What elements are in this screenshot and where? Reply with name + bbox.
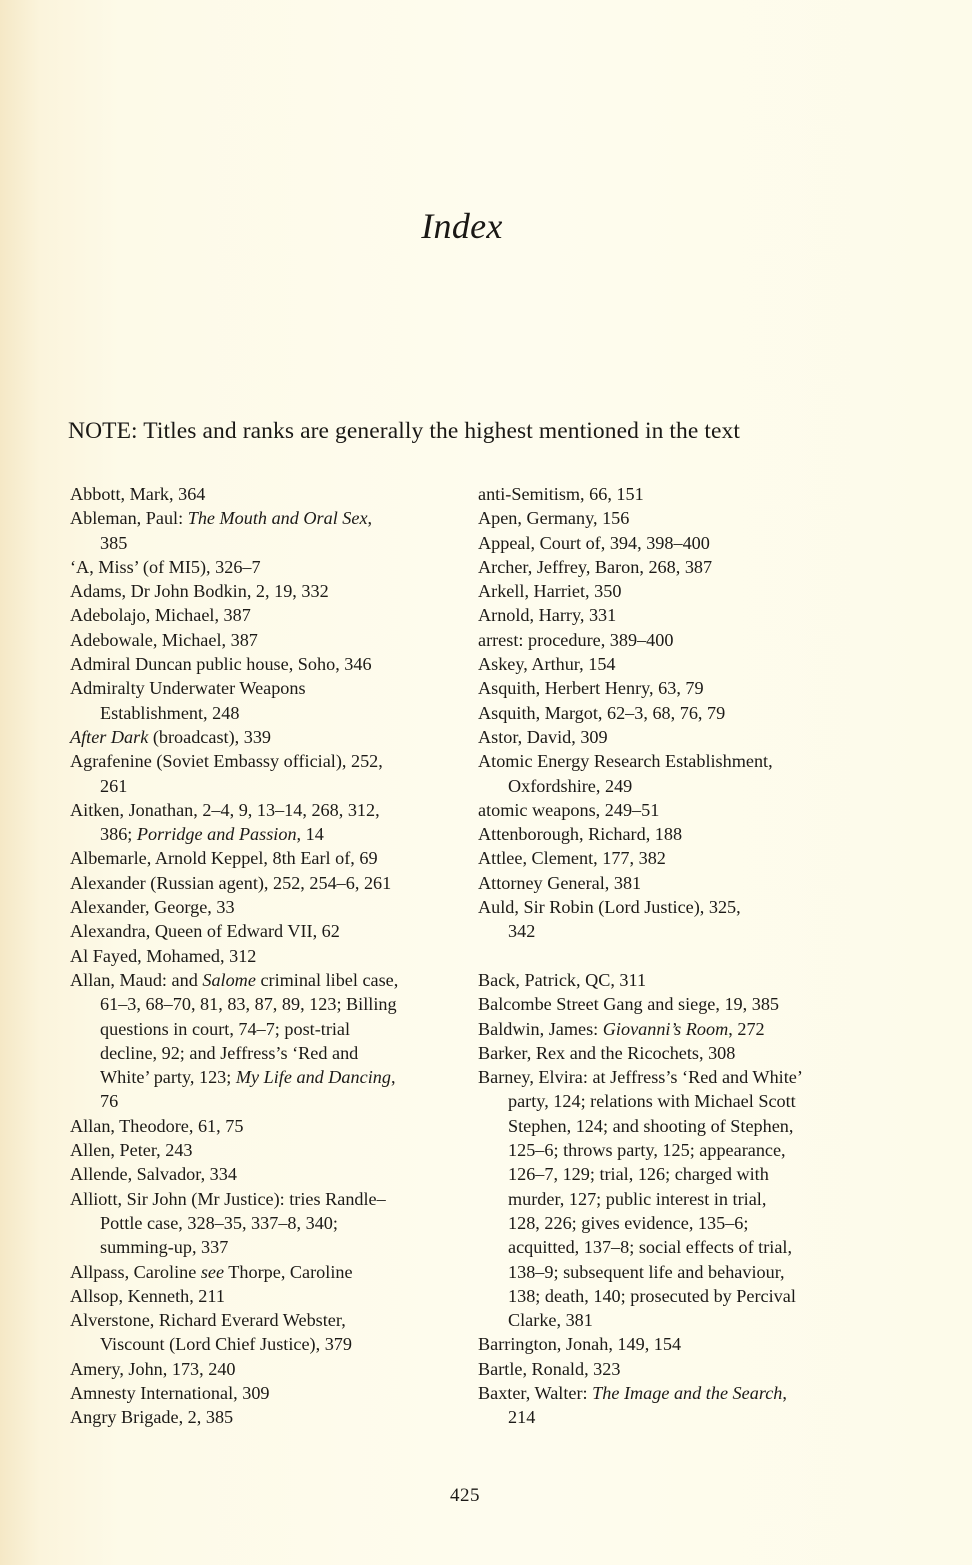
index-entry-continuation: 138; death, 140; prosecuted by Percival	[478, 1284, 868, 1308]
index-entry: Ableman, Paul: The Mouth and Oral Sex,38…	[70, 506, 450, 555]
index-column-right: anti-Semitism, 66, 151Apen, Germany, 156…	[478, 482, 868, 1430]
index-entry-line: After Dark (broadcast), 339	[70, 725, 450, 749]
index-entry-line: Allsop, Kenneth, 211	[70, 1284, 450, 1308]
index-entry-line: Amnesty International, 309	[70, 1381, 450, 1405]
index-entry-line: Astor, David, 309	[478, 725, 868, 749]
index-entry-line: Attlee, Clement, 177, 382	[478, 846, 868, 870]
index-title-italic: My Life and Dancing	[236, 1067, 391, 1087]
index-entry: Balcombe Street Gang and siege, 19, 385	[478, 992, 868, 1016]
index-entry-line: Attenborough, Richard, 188	[478, 822, 868, 846]
index-text: Auld, Sir Robin (Lord Justice), 325,	[478, 897, 741, 917]
index-text: 261	[100, 776, 127, 796]
index-text: Adebowale, Michael, 387	[70, 630, 258, 650]
index-entry-line: Bartle, Ronald, 323	[478, 1357, 868, 1381]
index-text: Adams, Dr John Bodkin, 2, 19, 332	[70, 581, 329, 601]
index-entry-continuation: Establishment, 248	[70, 701, 450, 725]
index-entry-continuation: Stephen, 124; and shooting of Stephen,	[478, 1114, 868, 1138]
index-text: (broadcast), 339	[148, 727, 271, 747]
index-entry-line: Allan, Maud: and Salome criminal libel c…	[70, 968, 450, 992]
index-text: Bartle, Ronald, 323	[478, 1359, 620, 1379]
index-title-italic: After Dark	[70, 727, 148, 747]
index-entry-continuation: 261	[70, 774, 450, 798]
index-entry-continuation: 138–9; subsequent life and behaviour,	[478, 1260, 868, 1284]
index-text: summing-up, 337	[100, 1237, 228, 1257]
index-entry: Admiralty Underwater WeaponsEstablishmen…	[70, 676, 450, 725]
index-column-left: Abbott, Mark, 364Ableman, Paul: The Mout…	[70, 482, 450, 1430]
index-entry-line: Auld, Sir Robin (Lord Justice), 325,	[478, 895, 868, 919]
index-entry-line: Alliott, Sir John (Mr Justice): tries Ra…	[70, 1187, 450, 1211]
index-text: Barrington, Jonah, 149, 154	[478, 1334, 681, 1354]
index-text: 386;	[100, 824, 137, 844]
index-entry-line: Al Fayed, Mohamed, 312	[70, 944, 450, 968]
index-entry: After Dark (broadcast), 339	[70, 725, 450, 749]
index-entry: atomic weapons, 249–51	[478, 798, 868, 822]
index-entry: Astor, David, 309	[478, 725, 868, 749]
index-entry-line: Adebowale, Michael, 387	[70, 628, 450, 652]
index-entry: Angry Brigade, 2, 385	[70, 1405, 450, 1429]
index-entry: Baxter, Walter: The Image and the Search…	[478, 1381, 868, 1430]
index-text: Apen, Germany, 156	[478, 508, 629, 528]
index-entry-line: Archer, Jeffrey, Baron, 268, 387	[478, 555, 868, 579]
index-entry: Adebowale, Michael, 387	[70, 628, 450, 652]
index-text: 128, 226; gives evidence, 135–6;	[508, 1213, 748, 1233]
index-entry-line: Asquith, Margot, 62–3, 68, 76, 79	[478, 701, 868, 725]
index-entry-line: Barney, Elvira: at Jeffress’s ‘Red and W…	[478, 1065, 868, 1089]
index-entry-continuation: 385	[70, 531, 450, 555]
index-text: atomic weapons, 249–51	[478, 800, 659, 820]
index-entry: Allsop, Kenneth, 211	[70, 1284, 450, 1308]
index-entry: Attorney General, 381	[478, 871, 868, 895]
index-text: Allende, Salvador, 334	[70, 1164, 237, 1184]
index-text: Attenborough, Richard, 188	[478, 824, 682, 844]
index-entry: Amnesty International, 309	[70, 1381, 450, 1405]
index-text: Admiral Duncan public house, Soho, 346	[70, 654, 372, 674]
index-text: Baldwin, James:	[478, 1019, 603, 1039]
index-text: Allan, Theodore, 61, 75	[70, 1116, 243, 1136]
index-text: decline, 92; and Jeffress’s ‘Red and	[100, 1043, 358, 1063]
index-entry: Atomic Energy Research Establishment,Oxf…	[478, 749, 868, 798]
index-title-italic: Giovanni’s Room	[603, 1019, 728, 1039]
index-entry-line: Alverstone, Richard Everard Webster,	[70, 1308, 450, 1332]
index-entry-continuation: 61–3, 68–70, 81, 83, 87, 89, 123; Billin…	[70, 992, 450, 1016]
index-text: Pottle case, 328–35, 337–8, 340;	[100, 1213, 338, 1233]
index-entry-continuation: Viscount (Lord Chief Justice), 379	[70, 1332, 450, 1356]
index-text: 138–9; subsequent life and behaviour,	[508, 1262, 785, 1282]
index-entry: Allpass, Caroline see Thorpe, Caroline	[70, 1260, 450, 1284]
index-entry-line: Aitken, Jonathan, 2–4, 9, 13–14, 268, 31…	[70, 798, 450, 822]
index-entry-continuation: party, 124; relations with Michael Scott	[478, 1089, 868, 1113]
page-number: 425	[0, 1485, 930, 1507]
index-entry: Amery, John, 173, 240	[70, 1357, 450, 1381]
index-entry-line: Admiralty Underwater Weapons	[70, 676, 450, 700]
index-entry: Adams, Dr John Bodkin, 2, 19, 332	[70, 579, 450, 603]
index-text: 76	[100, 1091, 118, 1111]
index-entry-continuation: Clarke, 381	[478, 1308, 868, 1332]
index-text: Alverstone, Richard Everard Webster,	[70, 1310, 346, 1330]
index-title-italic: The Mouth and Oral Sex	[188, 508, 368, 528]
index-text: Viscount (Lord Chief Justice), 379	[100, 1334, 352, 1354]
index-text: Askey, Arthur, 154	[478, 654, 616, 674]
index-text: Barker, Rex and the Ricochets, 308	[478, 1043, 735, 1063]
index-entry-line: Albemarle, Arnold Keppel, 8th Earl of, 6…	[70, 846, 450, 870]
index-entry: Alliott, Sir John (Mr Justice): tries Ra…	[70, 1187, 450, 1260]
index-entry: Admiral Duncan public house, Soho, 346	[70, 652, 450, 676]
index-entry-continuation: 128, 226; gives evidence, 135–6;	[478, 1211, 868, 1235]
index-entry-line: Asquith, Herbert Henry, 63, 79	[478, 676, 868, 700]
index-entry-line: Agrafenine (Soviet Embassy official), 25…	[70, 749, 450, 773]
index-text: Balcombe Street Gang and siege, 19, 385	[478, 994, 779, 1014]
index-text: Alliott, Sir John (Mr Justice): tries Ra…	[70, 1189, 386, 1209]
index-title-italic: see	[201, 1262, 224, 1282]
index-entry-continuation: questions in court, 74–7; post-trial	[70, 1017, 450, 1041]
index-text: Adebolajo, Michael, 387	[70, 605, 251, 625]
index-text: Back, Patrick, QC, 311	[478, 970, 646, 990]
index-text: questions in court, 74–7; post-trial	[100, 1019, 350, 1039]
index-text: Allan, Maud: and	[70, 970, 202, 990]
index-entry-line: Barrington, Jonah, 149, 154	[478, 1332, 868, 1356]
index-text: Albemarle, Arnold Keppel, 8th Earl of, 6…	[70, 848, 378, 868]
index-text: murder, 127; public interest in trial,	[508, 1189, 766, 1209]
letter-group-gap	[478, 944, 868, 968]
index-entry-line: Baxter, Walter: The Image and the Search…	[478, 1381, 868, 1405]
index-entry: Allende, Salvador, 334	[70, 1162, 450, 1186]
index-text: Aitken, Jonathan, 2–4, 9, 13–14, 268, 31…	[70, 800, 380, 820]
index-entry-line: Admiral Duncan public house, Soho, 346	[70, 652, 450, 676]
index-entry: Arnold, Harry, 331	[478, 603, 868, 627]
index-title-italic: Salome	[202, 970, 256, 990]
index-title-italic: The Image and the Search	[592, 1383, 782, 1403]
index-text: ‘A, Miss’ (of MI5), 326–7	[70, 557, 261, 577]
index-text: criminal libel case,	[256, 970, 398, 990]
index-entry-line: Atomic Energy Research Establishment,	[478, 749, 868, 773]
index-entry-continuation: 386; Porridge and Passion, 14	[70, 822, 450, 846]
index-entry-line: Askey, Arthur, 154	[478, 652, 868, 676]
index-entry-line: Ableman, Paul: The Mouth and Oral Sex,	[70, 506, 450, 530]
index-text: Admiralty Underwater Weapons	[70, 678, 306, 698]
index-text: Allsop, Kenneth, 211	[70, 1286, 225, 1306]
index-entry-line: Allen, Peter, 243	[70, 1138, 450, 1162]
index-entry: Attlee, Clement, 177, 382	[478, 846, 868, 870]
book-page: Index NOTE: Titles and ranks are general…	[0, 0, 972, 1565]
index-entry: arrest: procedure, 389–400	[478, 628, 868, 652]
index-entry: Back, Patrick, QC, 311	[478, 968, 868, 992]
index-title-italic: Porridge and Passion	[137, 824, 297, 844]
index-text: Amery, John, 173, 240	[70, 1359, 236, 1379]
index-entry-line: Appeal, Court of, 394, 398–400	[478, 531, 868, 555]
index-entry-continuation: 125–6; throws party, 125; appearance,	[478, 1138, 868, 1162]
index-text: , 14	[297, 824, 324, 844]
index-text: Establishment, 248	[100, 703, 239, 723]
index-text: Attorney General, 381	[478, 873, 641, 893]
index-entry: Abbott, Mark, 364	[70, 482, 450, 506]
index-entry-line: Allan, Theodore, 61, 75	[70, 1114, 450, 1138]
index-text: Baxter, Walter:	[478, 1383, 592, 1403]
index-entry-line: Balcombe Street Gang and siege, 19, 385	[478, 992, 868, 1016]
index-text: party, 124; relations with Michael Scott	[508, 1091, 796, 1111]
index-text: Amnesty International, 309	[70, 1383, 270, 1403]
index-entry-line: Angry Brigade, 2, 385	[70, 1405, 450, 1429]
index-entry-line: Adams, Dr John Bodkin, 2, 19, 332	[70, 579, 450, 603]
index-entry-line: Attorney General, 381	[478, 871, 868, 895]
index-entry-line: Adebolajo, Michael, 387	[70, 603, 450, 627]
index-text: Abbott, Mark, 364	[70, 484, 205, 504]
index-text: Agrafenine (Soviet Embassy official), 25…	[70, 751, 383, 771]
index-entry: Adebolajo, Michael, 387	[70, 603, 450, 627]
index-text: 138; death, 140; prosecuted by Percival	[508, 1286, 796, 1306]
index-entry-continuation: 76	[70, 1089, 450, 1113]
index-entry-continuation: 342	[478, 919, 868, 943]
index-text: Archer, Jeffrey, Baron, 268, 387	[478, 557, 712, 577]
index-text: Al Fayed, Mohamed, 312	[70, 946, 256, 966]
index-entry: Al Fayed, Mohamed, 312	[70, 944, 450, 968]
index-text: Arkell, Harriet, 350	[478, 581, 621, 601]
index-text: ,	[782, 1383, 787, 1403]
index-text: 126–7, 129; trial, 126; charged with	[508, 1164, 769, 1184]
index-entry: Allan, Maud: and Salome criminal libel c…	[70, 968, 450, 1114]
index-text: , 272	[728, 1019, 764, 1039]
index-text: Atomic Energy Research Establishment,	[478, 751, 773, 771]
index-text: arrest: procedure, 389–400	[478, 630, 673, 650]
index-entry: Alexander (Russian agent), 252, 254–6, 2…	[70, 871, 450, 895]
index-entry-line: anti-Semitism, 66, 151	[478, 482, 868, 506]
index-text: Barney, Elvira: at Jeffress’s ‘Red and W…	[478, 1067, 803, 1087]
index-entry: Barker, Rex and the Ricochets, 308	[478, 1041, 868, 1065]
index-entry-line: Arnold, Harry, 331	[478, 603, 868, 627]
index-entry: Arkell, Harriet, 350	[478, 579, 868, 603]
index-entry: Barrington, Jonah, 149, 154	[478, 1332, 868, 1356]
index-entry-line: atomic weapons, 249–51	[478, 798, 868, 822]
index-text: Appeal, Court of, 394, 398–400	[478, 533, 710, 553]
index-text: Astor, David, 309	[478, 727, 608, 747]
index-entry: Barney, Elvira: at Jeffress’s ‘Red and W…	[478, 1065, 868, 1332]
index-note: NOTE: Titles and ranks are generally the…	[68, 418, 888, 445]
index-entry-line: Arkell, Harriet, 350	[478, 579, 868, 603]
index-entry-continuation: Oxfordshire, 249	[478, 774, 868, 798]
index-entry-continuation: 126–7, 129; trial, 126; charged with	[478, 1162, 868, 1186]
index-entry-continuation: murder, 127; public interest in trial,	[478, 1187, 868, 1211]
index-entry: anti-Semitism, 66, 151	[478, 482, 868, 506]
index-text: ,	[368, 508, 373, 528]
index-entry-line: Back, Patrick, QC, 311	[478, 968, 868, 992]
index-entry: Alexandra, Queen of Edward VII, 62	[70, 919, 450, 943]
index-entry-continuation: decline, 92; and Jeffress’s ‘Red and	[70, 1041, 450, 1065]
index-entry-line: Alexander, George, 33	[70, 895, 450, 919]
index-entry: Agrafenine (Soviet Embassy official), 25…	[70, 749, 450, 798]
index-entry-line: Abbott, Mark, 364	[70, 482, 450, 506]
index-entry: Alexander, George, 33	[70, 895, 450, 919]
index-entry-line: Baldwin, James: Giovanni’s Room, 272	[478, 1017, 868, 1041]
index-entry-line: Apen, Germany, 156	[478, 506, 868, 530]
index-text: Angry Brigade, 2, 385	[70, 1407, 233, 1427]
index-entry-line: ‘A, Miss’ (of MI5), 326–7	[70, 555, 450, 579]
index-entry: Archer, Jeffrey, Baron, 268, 387	[478, 555, 868, 579]
index-entry: Attenborough, Richard, 188	[478, 822, 868, 846]
index-text: 61–3, 68–70, 81, 83, 87, 89, 123; Billin…	[100, 994, 397, 1014]
index-entry: Asquith, Margot, 62–3, 68, 76, 79	[478, 701, 868, 725]
index-entry-line: Alexander (Russian agent), 252, 254–6, 2…	[70, 871, 450, 895]
index-text: Ableman, Paul:	[70, 508, 188, 528]
index-entry-line: Barker, Rex and the Ricochets, 308	[478, 1041, 868, 1065]
index-text: ,	[391, 1067, 396, 1087]
index-entry: Baldwin, James: Giovanni’s Room, 272	[478, 1017, 868, 1041]
index-text: Allen, Peter, 243	[70, 1140, 193, 1160]
index-text: Asquith, Herbert Henry, 63, 79	[478, 678, 704, 698]
index-text: Arnold, Harry, 331	[478, 605, 616, 625]
index-entry: Appeal, Court of, 394, 398–400	[478, 531, 868, 555]
index-text: Alexandra, Queen of Edward VII, 62	[70, 921, 340, 941]
index-text: White’ party, 123;	[100, 1067, 236, 1087]
index-text: Alexander (Russian agent), 252, 254–6, 2…	[70, 873, 391, 893]
index-text: 342	[508, 921, 535, 941]
index-entry: Auld, Sir Robin (Lord Justice), 325,342	[478, 895, 868, 944]
index-text: Oxfordshire, 249	[508, 776, 632, 796]
index-entry: Albemarle, Arnold Keppel, 8th Earl of, 6…	[70, 846, 450, 870]
index-text: Clarke, 381	[508, 1310, 593, 1330]
index-entry: Bartle, Ronald, 323	[478, 1357, 868, 1381]
index-entry-line: Allende, Salvador, 334	[70, 1162, 450, 1186]
index-entry-line: Amery, John, 173, 240	[70, 1357, 450, 1381]
index-text: acquitted, 137–8; social effects of tria…	[508, 1237, 792, 1257]
index-entry-continuation: Pottle case, 328–35, 337–8, 340;	[70, 1211, 450, 1235]
index-entry: Alverstone, Richard Everard Webster,Visc…	[70, 1308, 450, 1357]
index-text: anti-Semitism, 66, 151	[478, 484, 644, 504]
index-text: Stephen, 124; and shooting of Stephen,	[508, 1116, 793, 1136]
index-entry: Apen, Germany, 156	[478, 506, 868, 530]
index-text: 385	[100, 533, 127, 553]
index-entry-line: arrest: procedure, 389–400	[478, 628, 868, 652]
page-title: Index	[0, 205, 924, 247]
index-entry: Aitken, Jonathan, 2–4, 9, 13–14, 268, 31…	[70, 798, 450, 847]
index-text: Thorpe, Caroline	[224, 1262, 352, 1282]
index-entry: Asquith, Herbert Henry, 63, 79	[478, 676, 868, 700]
index-text: Alexander, George, 33	[70, 897, 235, 917]
index-entry-continuation: acquitted, 137–8; social effects of tria…	[478, 1235, 868, 1259]
index-entry-continuation: 214	[478, 1405, 868, 1429]
index-entry: Askey, Arthur, 154	[478, 652, 868, 676]
index-entry-continuation: White’ party, 123; My Life and Dancing,	[70, 1065, 450, 1089]
index-text: 125–6; throws party, 125; appearance,	[508, 1140, 786, 1160]
index-entry-line: Alexandra, Queen of Edward VII, 62	[70, 919, 450, 943]
index-text: Attlee, Clement, 177, 382	[478, 848, 666, 868]
index-entry-line: Allpass, Caroline see Thorpe, Caroline	[70, 1260, 450, 1284]
index-entry: Allan, Theodore, 61, 75	[70, 1114, 450, 1138]
index-entry-continuation: summing-up, 337	[70, 1235, 450, 1259]
index-text: Asquith, Margot, 62–3, 68, 76, 79	[478, 703, 725, 723]
index-text: Allpass, Caroline	[70, 1262, 201, 1282]
index-text: 214	[508, 1407, 535, 1427]
index-entry: Allen, Peter, 243	[70, 1138, 450, 1162]
index-entry: ‘A, Miss’ (of MI5), 326–7	[70, 555, 450, 579]
